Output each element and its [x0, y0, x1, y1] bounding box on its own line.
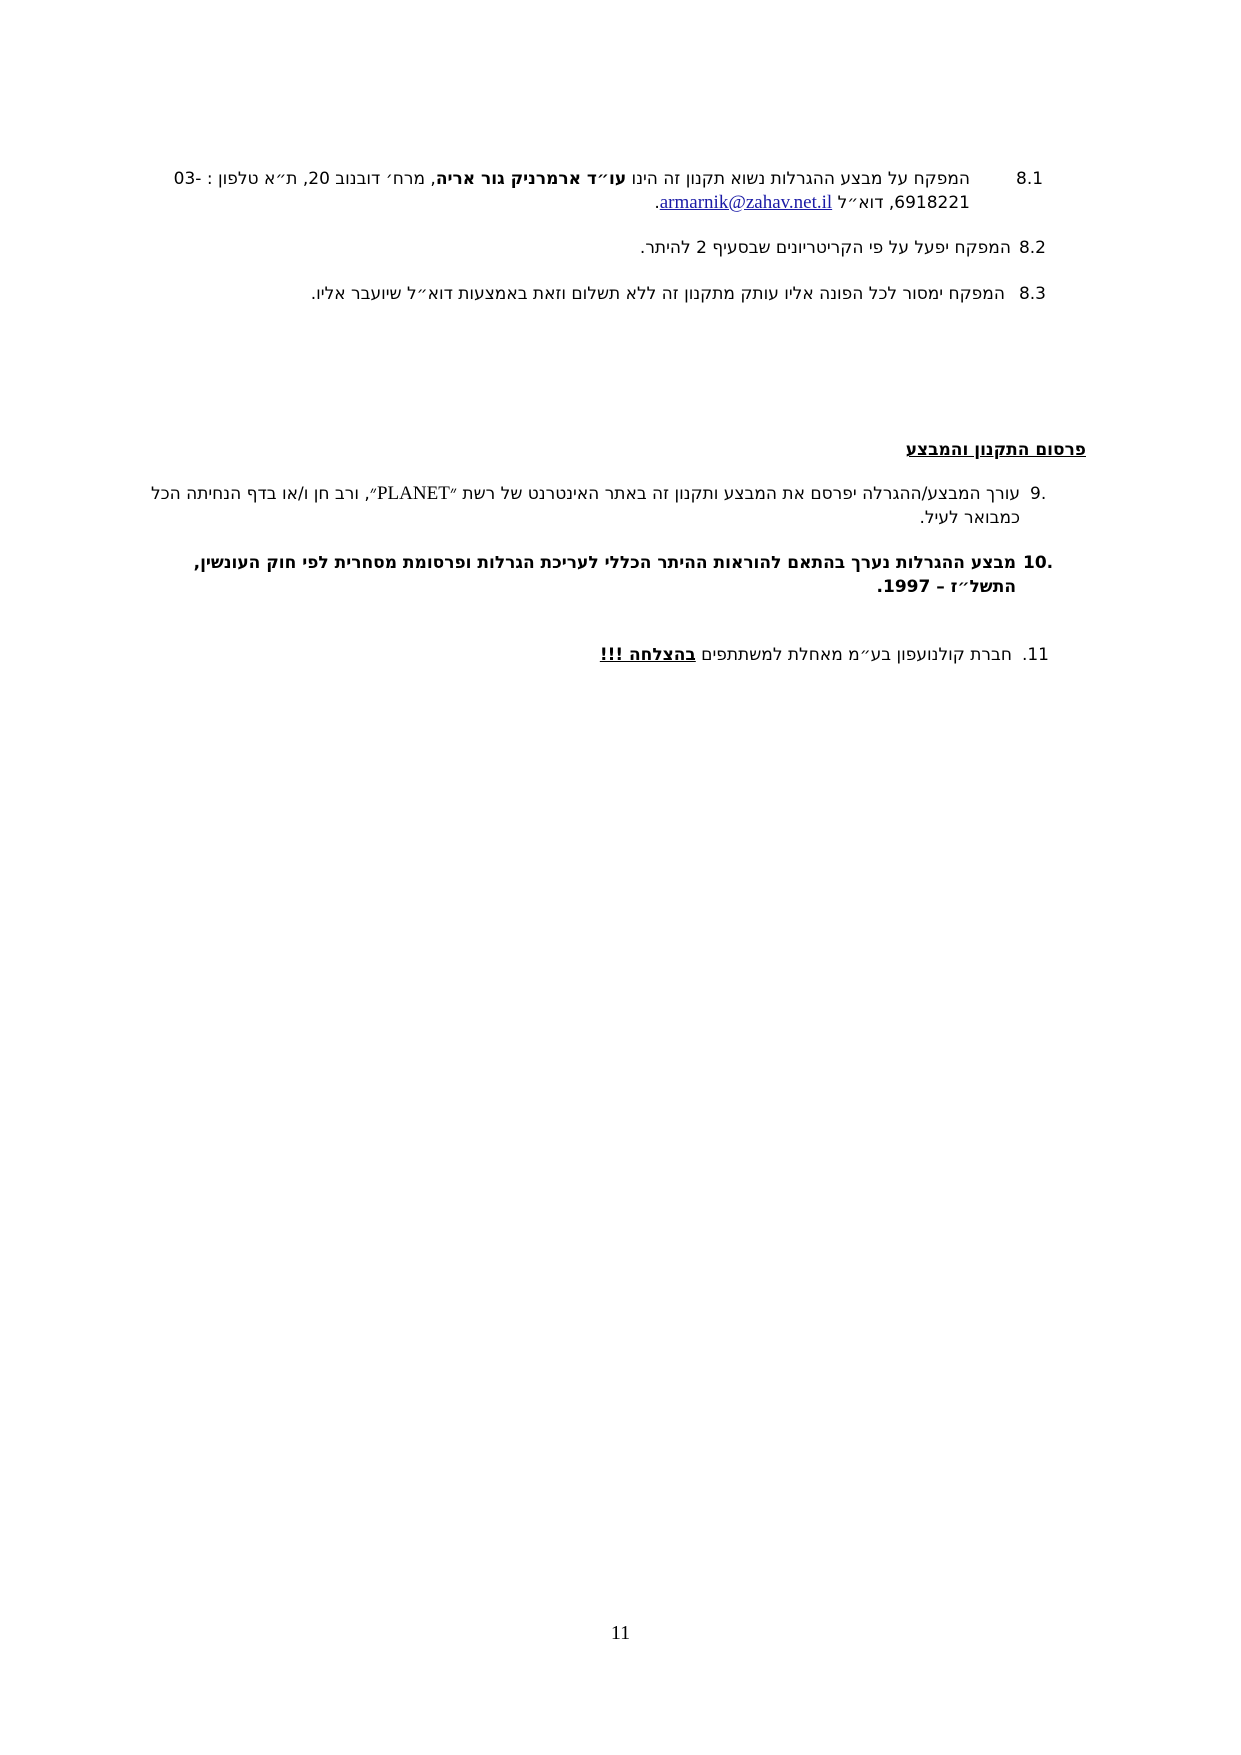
document-page: 8.1 המפקח על מבצע ההגרלות נשוא תקנון זה … [0, 0, 1241, 1755]
item-number-9: 9. [1030, 482, 1046, 506]
item-number-8-2: 8.2 [1019, 238, 1046, 258]
clause-8-3: 8.3המפקח ימסור לכל הפונה אליו עותק מתקנו… [146, 282, 1046, 306]
clause-8-1-text: המפקח על מבצע ההגרלות נשוא תקנון זה הינו [626, 169, 970, 189]
planet-brand: ״PLANET״ [370, 483, 457, 504]
clause-11: .11חברת קולנועפון בע״מ מאחלת למשתתפים בה… [449, 643, 1049, 667]
page-number: 11 [0, 1622, 1241, 1645]
clause-9: עורך המבצע/ההגרלה יפרסם את המבצע ותקנון … [120, 482, 1020, 530]
clause-11-text: חברת קולנועפון בע״מ מאחלת למשתתפים [696, 645, 1012, 665]
item-number-11: .11 [1022, 645, 1049, 665]
clause-8-1: המפקח על מבצע ההגרלות נשוא תקנון זה הינו… [138, 167, 970, 215]
clause-8-2-text: המפקח יפעל על פי הקריטריונים שבסעיף 2 לה… [640, 238, 1011, 258]
good-luck-emphasis: בהצלחה !!! [600, 645, 696, 665]
section-heading: פרסום התקנון והמבצע [486, 438, 1086, 462]
clause-8-2: 8.2המפקח יפעל על פי הקריטריונים שבסעיף 2… [346, 236, 1046, 260]
clause-8-3-text: המפקח ימסור לכל הפונה אליו עותק מתקנון ז… [311, 284, 1005, 304]
clause-10: מבצע ההגרלות נערך בהתאם להוראות ההיתר הכ… [130, 551, 1016, 599]
clause-9-text: עורך המבצע/ההגרלה יפרסם את המבצע ותקנון … [457, 484, 1020, 504]
supervisor-email-link[interactable]: armarnik@zahav.net.il [660, 192, 832, 213]
item-number-10: 10. [1023, 551, 1053, 575]
supervisor-name: עו״ד ארמרניק גור אריה [436, 169, 626, 189]
item-number-8-3: 8.3 [1019, 284, 1046, 304]
item-number-8-1: 8.1 [1016, 167, 1043, 191]
